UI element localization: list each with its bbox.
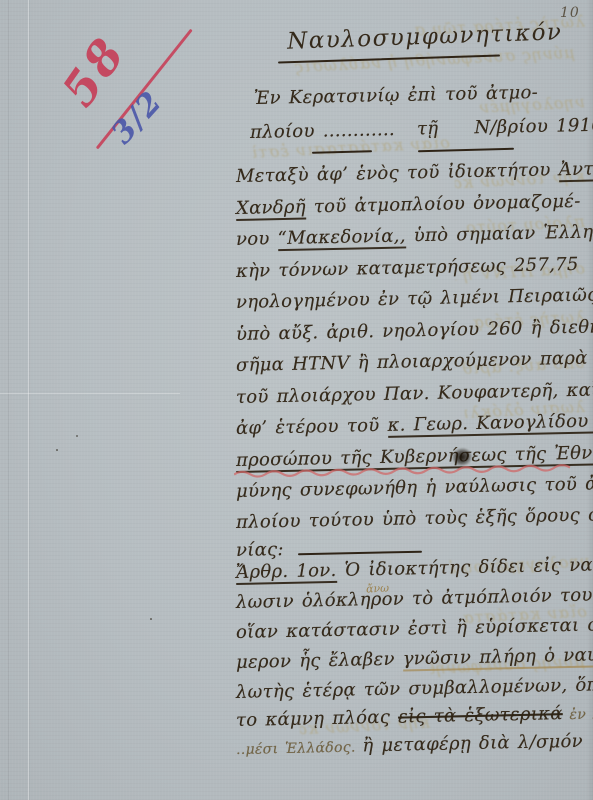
manuscript-page: λωτὴς ἑτέρᾳ τῶν συμβαλλομένων, ὅπως τοῦ-…: [0, 0, 593, 800]
line-text: το κάμνῃ πλόας: [236, 707, 399, 731]
paper-speck: [150, 618, 152, 620]
paper-fold-line: [28, 0, 29, 800]
manuscript-line: ..μέσι Ἑλλάδος. ἢ μεταφέρῃ διὰ λ/σμόν: [236, 731, 583, 761]
red-pencil-number: 58: [51, 26, 137, 116]
line-text: ἢ μεταφέρῃ διὰ λ/σμόν: [362, 731, 583, 757]
line-text: μερον ἧς ἔλαβεν: [236, 649, 403, 673]
manuscript-line: Μεταξὺ ἀφ’ ἑνὸς τοῦ ἰδιοκτήτου Ἀντων.: [236, 158, 593, 188]
line-text-underlined: Χανδρῆ: [236, 197, 306, 221]
manuscript-line: σῆμα HTNV ἢ πλοιαρχούμενον παρὰ: [236, 348, 588, 377]
manuscript-line: πλοίου τούτου ὑπὸ τοὺς ἑξῆς ὅρους συμφω-: [236, 503, 593, 534]
struck-out-text: εἰς τὰ ἑξωτερικά: [398, 703, 563, 727]
dateline-month-year: Ν/βρίου 1916: [474, 115, 593, 139]
dateline-place: Ἐν Κερατσινίῳ ἐπὶ τοῦ ἀτμο-: [254, 82, 539, 110]
faint-correction: ἐν λι..: [563, 706, 593, 723]
manuscript-line: νίας:: [236, 539, 284, 562]
manuscript-line: λωσιν ὁλόκληρον τὸ ἀτμόπλοιόν του εἰς: [236, 584, 593, 614]
line-text-underlined: Ἀντων.: [558, 158, 593, 182]
line-text: Ὁ ἰδιοκτήτης δίδει εἰς ναύ-: [336, 554, 593, 581]
line-text: Μεταξὺ ἀφ’ ἑνὸς τοῦ ἰδιοκτήτου: [236, 159, 559, 187]
dateline-date: πλοίου ............ τῇ Ν/βρίου 1916: [250, 115, 593, 144]
manuscript-line: ὑπὸ αὔξ. ἀριθ. νηολογίου 260 ἢ διεθνὲς: [236, 316, 593, 346]
interlinear-note: ἄνω: [366, 581, 390, 595]
manuscript-line: ἀφ’ ἑτέρου τοῦ κ. Γεωρ. Κανογλίδου ὡς ἀν…: [236, 409, 593, 440]
dateline-underline: [312, 150, 372, 154]
manuscript-line-article-1: Ἄρθρ. 1ον. Ὁ ἰδιοκτήτης δίδει εἰς ναύ-: [236, 554, 593, 584]
line-text-underlined: κ. Γεωρ. Κανογλίδου ὡς ἀντι-: [387, 409, 593, 438]
title-underline: [278, 55, 500, 64]
manuscript-line: οἵαν κατάστασιν ἐστὶ ἢ εὑρίσκεται σή-: [236, 614, 593, 644]
paper-speck: [56, 449, 58, 451]
paper-crease: [0, 393, 180, 394]
manuscript-line: λωτὴς ἑτέρᾳ τῶν συμβαλλομένων, ὅπως τοῦ-: [236, 673, 593, 704]
line-text: νου: [236, 228, 278, 250]
manuscript-line: κὴν τόννων καταμετρήσεως 257,75: [236, 254, 579, 283]
manuscript-line: τοῦ πλοιάρχου Παν. Κουφαντερῆ, καὶ: [236, 379, 593, 409]
line-text-tan-underlined: γνῶσιν πλήρη ὁ ναυ-: [403, 644, 593, 671]
manuscript-line: μερον ἧς ἔλαβεν γνῶσιν πλήρη ὁ ναυ-: [236, 644, 593, 674]
ship-name: “Μακεδονία,,: [277, 225, 406, 251]
manuscript-line: το κάμνῃ πλόας εἰς τὰ ἑξωτερικά ἐν λι..: [236, 702, 593, 733]
ink-blot: [451, 446, 474, 467]
folio-number: 10: [560, 5, 580, 21]
paper-edge-line: [8, 0, 9, 800]
manuscript-line: νου “Μακεδονία,, ὑπὸ σημαίαν Ἑλληνι-: [236, 221, 593, 251]
line-text: ἀφ’ ἑτέρου τοῦ: [236, 415, 388, 439]
manuscript-line: νηολογημένου ἐν τῷ λιμένι Πειραιῶς: [236, 284, 593, 314]
manuscript-line: Χανδρῆ τοῦ ἀτμοπλοίου ὀνομαζομέ-: [236, 191, 581, 220]
dateline-blank: πλοίου ............: [250, 119, 395, 143]
blue-pencil-number: 3/2: [105, 84, 170, 151]
line-text: ὑπὸ σημαίαν Ἑλληνι-: [406, 221, 593, 246]
dateline-tau: τῇ: [417, 118, 439, 139]
dateline-underline: [418, 148, 514, 153]
line-text: τοῦ ἀτμοπλοίου ὀνομαζομέ-: [306, 191, 581, 218]
document-title: Ναυλοσυμφωνητικόν: [287, 19, 563, 55]
paper-speck: [76, 435, 78, 437]
article-number: Ἄρθρ. 1ον.: [236, 560, 337, 585]
faint-correction: ..μέσι Ἑλλάδος.: [236, 739, 363, 758]
paragraph-end-dash: [298, 551, 422, 556]
